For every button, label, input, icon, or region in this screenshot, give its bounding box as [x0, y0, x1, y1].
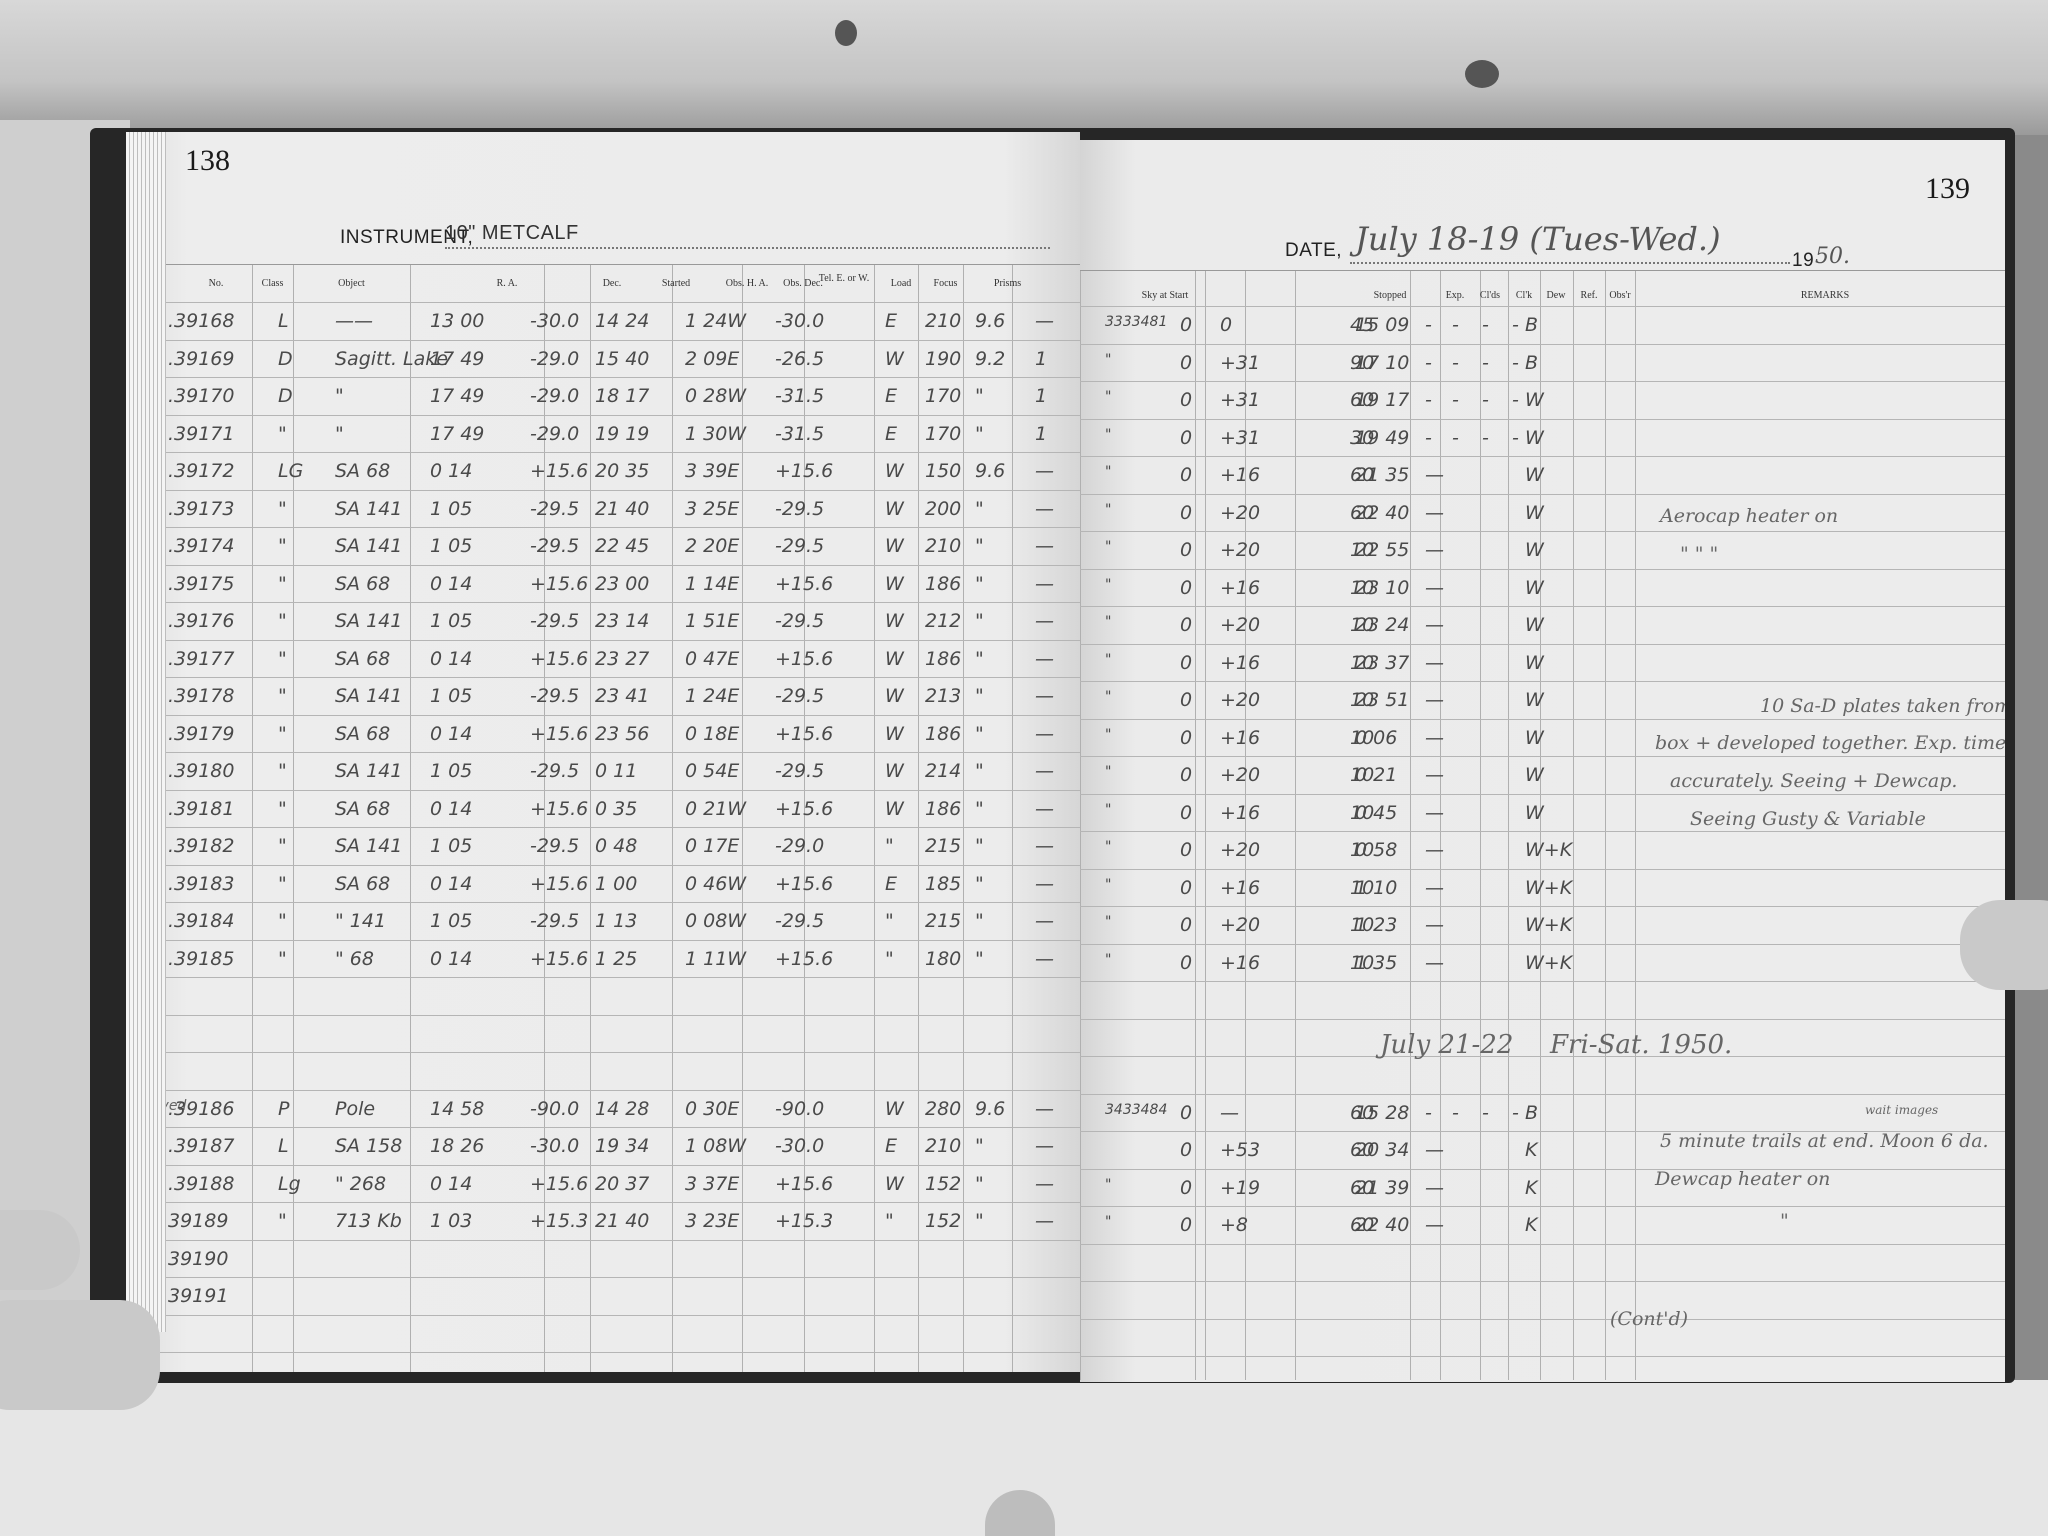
cell-focus: " [975, 535, 984, 557]
cell-prisms: — [1035, 760, 1054, 782]
cell-exp: 60 [1350, 389, 1374, 411]
cell-focus: 9.6 [975, 1098, 1005, 1120]
cell-clds: — [1425, 1139, 1444, 1161]
cell-started: 23 41 [595, 685, 649, 707]
cell-b: +20 [1220, 539, 1260, 561]
cell-clds: — [1425, 802, 1444, 824]
table-row: "0+2023 2410—W [1080, 608, 2005, 646]
table-row: "0+161 1010—W+K [1080, 871, 2005, 909]
cell-started: 0 11 [595, 760, 637, 782]
cell-obsr: K [1525, 1139, 1537, 1161]
table-row: 33334810015 0945----B [1080, 308, 2005, 346]
cell-no: .39172 [168, 460, 234, 482]
cell-no: .39168 [168, 310, 234, 332]
cell-class: P [278, 1098, 289, 1120]
row-rule [1080, 1019, 2005, 1020]
cell-class: " [278, 1210, 287, 1232]
cell-ra: 1 05 [430, 498, 472, 520]
column-header-5: Exp. [1446, 290, 1465, 301]
cell-b: +16 [1220, 877, 1260, 899]
cell-class: " [278, 423, 287, 445]
cell-tel: W [885, 535, 904, 557]
cell-dec: -29.0 [530, 348, 579, 370]
table-row: "0+1621 3560—W [1080, 458, 2005, 496]
table-row: .39179"SA 680 14+15.623 560 18E+15.6W186… [130, 717, 1080, 755]
thumb [0, 1210, 80, 1290]
table-row: "0+1921 3960—K [1080, 1171, 2005, 1209]
cell-started: 21 40 [595, 498, 649, 520]
cell-dec: -30.0 [530, 310, 579, 332]
cell-exp: 60 [1350, 502, 1374, 524]
cell-obs_dec: -29.5 [775, 498, 824, 520]
table-row: W.39176"SA 1411 05-29.523 141 51E-29.5W2… [130, 604, 1080, 642]
cell-prisms: — [1035, 723, 1054, 745]
cell-ra: 0 14 [430, 873, 472, 895]
cell-ha: 1 14E [685, 573, 739, 595]
table-row: ✓.39175"SA 680 14+15.623 001 14E+15.6W18… [130, 567, 1080, 605]
cell-dec: -29.5 [530, 685, 579, 707]
table-row: "0+161 3510—W+K [1080, 946, 2005, 984]
cell-class: " [278, 948, 287, 970]
header-rule [1080, 306, 2005, 307]
cell-class: " [278, 648, 287, 670]
cell-object: SA 141 [335, 685, 402, 707]
cell-tel: W [885, 685, 904, 707]
cell-class: L [278, 1135, 289, 1157]
cell-obsr: W [1525, 427, 1544, 449]
cell-prisms: — [1035, 1210, 1054, 1232]
cell-exp: 60 [1350, 1177, 1374, 1199]
cell-dec: -29.5 [530, 760, 579, 782]
cell-no: .39182 [168, 835, 234, 857]
cell-focus: 9.6 [975, 460, 1005, 482]
cell-a: 0 [1180, 352, 1192, 374]
cell-object: SA 68 [335, 460, 390, 482]
cell-exp: 60 [1350, 464, 1374, 486]
cell-ref: - [1512, 352, 1519, 374]
cell-started: 21 40 [595, 1210, 649, 1232]
instrument-value: 10" METCALF [445, 222, 579, 245]
cell-ha: 0 46W [685, 873, 746, 895]
cell-object: " [335, 385, 344, 407]
cell-obs_dec: -31.5 [775, 423, 824, 445]
cell-sky: " [1105, 389, 1111, 405]
cell-object: " 141 [335, 910, 386, 932]
cell-started: 18 17 [595, 385, 649, 407]
cell-class: " [278, 835, 287, 857]
table-row: 39191 [130, 1279, 1080, 1317]
cell-load: 186 [925, 648, 961, 670]
cell-obsr: B [1525, 352, 1538, 374]
thumb [1960, 900, 2048, 990]
cell-no: .39188 [168, 1173, 234, 1195]
cell-ra: 0 14 [430, 1173, 472, 1195]
cell-exp: 10 [1350, 764, 1374, 786]
cell-dew: - [1482, 314, 1489, 336]
cell-class: D [278, 348, 293, 370]
cell-tel: W [885, 573, 904, 595]
table-row: .39184"" 1411 05-29.51 130 08W-29.5"215"… [130, 904, 1080, 942]
cell-clds: - [1425, 314, 1432, 336]
cell-load: 210 [925, 1135, 961, 1157]
remark-r7-above: wait images [1865, 1103, 1938, 1117]
cell-a: 0 [1180, 614, 1192, 636]
cell-tel: E [885, 310, 897, 332]
cell-obsr: W+K [1525, 914, 1572, 936]
cell-a: 0 [1180, 577, 1192, 599]
remark-r2: " " " [1680, 543, 1718, 565]
cell-clds: — [1425, 502, 1444, 524]
cell-focus: " [975, 1135, 984, 1157]
cell-ha: 1 24W [685, 310, 746, 332]
cell-load: 185 [925, 873, 961, 895]
cell-sky: " [1105, 652, 1111, 668]
table-row: 39190 [130, 1242, 1080, 1280]
cell-exp: 10 [1350, 652, 1374, 674]
column-header-6: Cl'ds [1480, 290, 1500, 301]
cell-object: SA 68 [335, 573, 390, 595]
hand [0, 1300, 160, 1410]
cell-sky: 3333481 [1105, 314, 1167, 330]
cell-clds: — [1425, 839, 1444, 861]
cell-obsr: W [1525, 577, 1544, 599]
table-row: "0+3117 1090----B [1080, 346, 2005, 384]
table-row: "0+3119 4930----W [1080, 421, 2005, 459]
left-page: 138 INSTRUMENT, 10" METCALF No.ClassObje… [130, 132, 1080, 1372]
cell-focus: " [975, 723, 984, 745]
cell-object: Pole [335, 1098, 375, 1120]
remark-r9: " [1780, 1210, 1789, 1232]
cell-no: .39174 [168, 535, 234, 557]
cell-focus: " [975, 685, 984, 707]
cell-no: .39175 [168, 573, 234, 595]
cell-dew: - [1482, 389, 1489, 411]
cell-ha: 0 17E [685, 835, 739, 857]
cell-obs_dec: -29.5 [775, 760, 824, 782]
cell-dec: -90.0 [530, 1098, 579, 1120]
column-header-8: Obs. Dec. [783, 278, 823, 289]
cell-exp: 10 [1350, 689, 1374, 711]
remark-contd: (Cont'd) [1610, 1308, 1688, 1330]
cell-obs_dec: -30.0 [775, 1135, 824, 1157]
cell-ha: 1 08W [685, 1135, 746, 1157]
table-row: W.39177"SA 680 14+15.623 270 47E+15.6W18… [130, 642, 1080, 680]
cell-obsr: W [1525, 689, 1544, 711]
cell-obsr: W+K [1525, 877, 1572, 899]
cell-b: +20 [1220, 914, 1260, 936]
remark-second-date_day: Fri-Sat. 1950. [1550, 1030, 1732, 1060]
remark-r5: accurately. Seeing + Dewcap. [1670, 770, 1957, 792]
cell-tel: W [885, 348, 904, 370]
cell-sky: " [1105, 539, 1111, 555]
cell-load: 186 [925, 798, 961, 820]
cell-load: 215 [925, 910, 961, 932]
cell-class: " [278, 760, 287, 782]
remark-r4: box + developed together. Exp. timed [1655, 732, 2005, 754]
cell-prisms: — [1035, 948, 1054, 970]
cell-started: 23 27 [595, 648, 649, 670]
cell-clds: — [1425, 727, 1444, 749]
cell-clds: — [1425, 764, 1444, 786]
cell-dec: +15.6 [530, 798, 588, 820]
table-row: .39170D"17 49-29.018 170 28W-31.5E170"1 [130, 379, 1080, 417]
column-header-1: Sky at Start [1142, 290, 1189, 301]
date-line [1350, 262, 1790, 264]
cell-ha: 0 18E [685, 723, 739, 745]
cell-dec: +15.6 [530, 648, 588, 670]
cell-dec: -29.5 [530, 498, 579, 520]
table-row: "0+201 2310—W+K [1080, 908, 2005, 946]
cell-tel: " [885, 910, 894, 932]
cell-exp: 10 [1350, 952, 1374, 974]
year-prefix: 19 [1792, 250, 1814, 272]
cell-a: 0 [1180, 539, 1192, 561]
cell-no: .39180 [168, 760, 234, 782]
cell-focus: " [975, 1173, 984, 1195]
cell-class: " [278, 685, 287, 707]
cell-obsr: W+K [1525, 839, 1572, 861]
cell-clds: — [1425, 464, 1444, 486]
column-header-5: Dec. [603, 278, 622, 289]
cell-ha: 2 09E [685, 348, 739, 370]
cell-started: 22 45 [595, 535, 649, 557]
cell-focus: 9.6 [975, 310, 1005, 332]
cell-dec: -29.0 [530, 423, 579, 445]
cell-sky: " [1105, 502, 1111, 518]
cell-object: SA 141 [335, 835, 402, 857]
cell-ha: 1 24E [685, 685, 739, 707]
cell-load: 152 [925, 1210, 961, 1232]
cell-sky: " [1105, 427, 1111, 443]
cell-object: SA 68 [335, 648, 390, 670]
cell-ha: 3 39E [685, 460, 739, 482]
cell-tel: W [885, 498, 904, 520]
cell-prisms: 1 [1035, 423, 1047, 445]
cell-no: .39176 [168, 610, 234, 632]
cell-object: SA 68 [335, 798, 390, 820]
cell-exp: 90 [1350, 352, 1374, 374]
table-row: "0+822 4060—K [1080, 1208, 2005, 1246]
table-row: R.W..39182"SA 1411 05-29.50 480 17E-29.0… [130, 829, 1080, 867]
cell-focus: " [975, 610, 984, 632]
cell-prisms: 1 [1035, 385, 1047, 407]
cell-focus: 9.2 [975, 348, 1005, 370]
remark-r3: 10 Sa-D plates taken from same [1760, 695, 2005, 717]
cell-b: +20 [1220, 839, 1260, 861]
cell-exp: 10 [1350, 877, 1374, 899]
cell-clk: - [1452, 314, 1459, 336]
cell-dec: -29.0 [530, 385, 579, 407]
cell-sky: " [1105, 464, 1111, 480]
cell-b: +8 [1220, 1214, 1248, 1236]
cell-no: 39190 [168, 1248, 228, 1270]
cell-ra: 18 26 [430, 1135, 484, 1157]
cell-clk: - [1452, 427, 1459, 449]
cell-exp: 30 [1350, 427, 1374, 449]
cell-obsr: B [1525, 314, 1538, 336]
cell-exp: 10 [1350, 614, 1374, 636]
cell-object: SA 141 [335, 498, 402, 520]
cell-obs_dec: +15.6 [775, 798, 833, 820]
cell-clds: — [1425, 952, 1444, 974]
cell-a: 0 [1180, 802, 1192, 824]
cell-no: .39173 [168, 498, 234, 520]
cell-exp: 60 [1350, 1139, 1374, 1161]
table-row: .39178"SA 1411 05-29.523 411 24E-29.5W21… [130, 679, 1080, 717]
cell-load: 280 [925, 1098, 961, 1120]
cell-b: +19 [1220, 1177, 1260, 1199]
cell-prisms: 1 [1035, 348, 1047, 370]
cell-focus: " [975, 498, 984, 520]
cell-obsr: W+K [1525, 952, 1572, 974]
column-header-1: No. [209, 278, 224, 289]
cell-object: 713 Kb [335, 1210, 402, 1232]
cell-ra: 14 58 [430, 1098, 484, 1120]
page-number: 138 [185, 144, 230, 178]
cell-dew: - [1482, 352, 1489, 374]
cell-dec: -29.5 [530, 535, 579, 557]
cell-obs_dec: -29.5 [775, 910, 824, 932]
cell-sky: " [1105, 689, 1111, 705]
cell-class: D [278, 385, 293, 407]
column-header-4: Stopped [1374, 290, 1407, 301]
cell-obsr: W [1525, 502, 1544, 524]
cell-load: 213 [925, 685, 961, 707]
table-row: "0+3119 1760----W [1080, 383, 2005, 421]
header-rule [1080, 270, 2005, 271]
cell-tel: " [885, 1210, 894, 1232]
cell-ra: 17 49 [430, 423, 484, 445]
table-row: R.W..39180"SA 1411 05-29.50 110 54E-29.5… [130, 754, 1080, 792]
cell-obs_dec: +15.6 [775, 460, 833, 482]
column-header-4: R. A. [497, 278, 518, 289]
table-row: "0+2022 5510—W [1080, 533, 2005, 571]
cell-tel: W [885, 1098, 904, 1120]
cell-ref: - [1512, 389, 1519, 411]
cell-load: 210 [925, 310, 961, 332]
cell-prisms: — [1035, 498, 1054, 520]
table-row: .39181"SA 680 14+15.60 350 21W+15.6W186"… [130, 792, 1080, 830]
cell-b: +20 [1220, 614, 1260, 636]
page-number: 139 [1925, 172, 1970, 206]
row-rule [1080, 1056, 2005, 1057]
cell-clds: - [1425, 389, 1432, 411]
cell-focus: " [975, 760, 984, 782]
cell-a: 0 [1180, 652, 1192, 674]
cell-a: 0 [1180, 502, 1192, 524]
cell-started: 23 56 [595, 723, 649, 745]
cell-load: 180 [925, 948, 961, 970]
row-rule [1080, 1281, 2005, 1282]
cell-ha: 0 21W [685, 798, 746, 820]
cell-a: 0 [1180, 877, 1192, 899]
cell-ha: 1 51E [685, 610, 739, 632]
cell-ra: 0 14 [430, 573, 472, 595]
cell-no: .39177 [168, 648, 234, 670]
cell-clds: - [1425, 427, 1432, 449]
cell-load: 214 [925, 760, 961, 782]
cell-sky: " [1105, 764, 1111, 780]
table-row: .39173"SA 1411 05-29.521 403 25E-29.5W20… [130, 492, 1080, 530]
cell-a: 0 [1180, 839, 1192, 861]
cell-sky: " [1105, 1177, 1111, 1193]
cell-load: 210 [925, 535, 961, 557]
column-header-11: Focus [934, 278, 958, 289]
cell-class: " [278, 798, 287, 820]
table-row: .39174"SA 1411 05-29.522 452 20E-29.5W21… [130, 529, 1080, 567]
table-row: "0+1623 3710—W [1080, 646, 2005, 684]
cell-clk: - [1452, 352, 1459, 374]
cell-sky: " [1105, 802, 1111, 818]
cell-a: 0 [1180, 914, 1192, 936]
cell-exp: 10 [1350, 839, 1374, 861]
cell-obs_dec: -29.0 [775, 835, 824, 857]
cell-no: .39170 [168, 385, 234, 407]
cell-b: +16 [1220, 727, 1260, 749]
cell-prisms: — [1035, 1098, 1054, 1120]
cell-obs_dec: +15.3 [775, 1210, 833, 1232]
cell-ha: 0 30E [685, 1098, 739, 1120]
table-row: .39187LSA 15818 26-30.019 341 08W-30.0E2… [130, 1129, 1080, 1167]
column-header-8: Dew [1547, 290, 1566, 301]
cell-ra: 0 14 [430, 948, 472, 970]
cell-ra: 17 49 [430, 385, 484, 407]
cell-a: 0 [1180, 464, 1192, 486]
row-rule [1080, 1356, 2005, 1357]
cell-exp: 60 [1350, 1214, 1374, 1236]
cell-dec: +15.3 [530, 1210, 588, 1232]
cell-prisms: — [1035, 310, 1054, 332]
cell-a: 0 [1180, 314, 1192, 336]
column-header-9: Ref. [1581, 290, 1598, 301]
cell-clk: - [1452, 389, 1459, 411]
table-row: .39183"SA 680 14+15.61 000 46W+15.6E185"… [130, 867, 1080, 905]
cell-a: 0 [1180, 427, 1192, 449]
cell-class: LG [278, 460, 303, 482]
cell-dec: +15.6 [530, 723, 588, 745]
cell-tel: E [885, 385, 897, 407]
cell-ha: 3 37E [685, 1173, 739, 1195]
cell-tel: W [885, 723, 904, 745]
cell-tel: E [885, 423, 897, 445]
cell-obs_dec: -90.0 [775, 1098, 824, 1120]
row-rule [1080, 1094, 2005, 1095]
cell-object: —— [335, 310, 373, 332]
column-header-11: REMARKS [1801, 290, 1849, 301]
cell-a: 0 [1180, 389, 1192, 411]
cell-sky: " [1105, 839, 1111, 855]
date-value: July 18-19 (Tues-Wed.) [1355, 220, 1721, 258]
cell-no: .39179 [168, 723, 234, 745]
cell-class: " [278, 535, 287, 557]
row-rule [1080, 1319, 2005, 1320]
cell-ra: 13 00 [430, 310, 484, 332]
remark-r7: 5 minute trails at end. Moon 6 da. [1660, 1130, 1989, 1152]
cell-ra: 1 05 [430, 685, 472, 707]
table-row: .39188Lg" 2680 14+15.620 373 37E+15.6W15… [130, 1167, 1080, 1205]
cell-ra: 1 05 [430, 910, 472, 932]
cell-obsr: B [1525, 1102, 1538, 1124]
cell-ra: 0 14 [430, 798, 472, 820]
page-edges [126, 132, 166, 1332]
cell-obs_dec: +15.6 [775, 648, 833, 670]
cell-object: " [335, 423, 344, 445]
cell-exp: 10 [1350, 914, 1374, 936]
cell-class: " [278, 610, 287, 632]
cell-load: 170 [925, 385, 961, 407]
cell-started: 20 35 [595, 460, 649, 482]
cell-dew: - [1482, 427, 1489, 449]
